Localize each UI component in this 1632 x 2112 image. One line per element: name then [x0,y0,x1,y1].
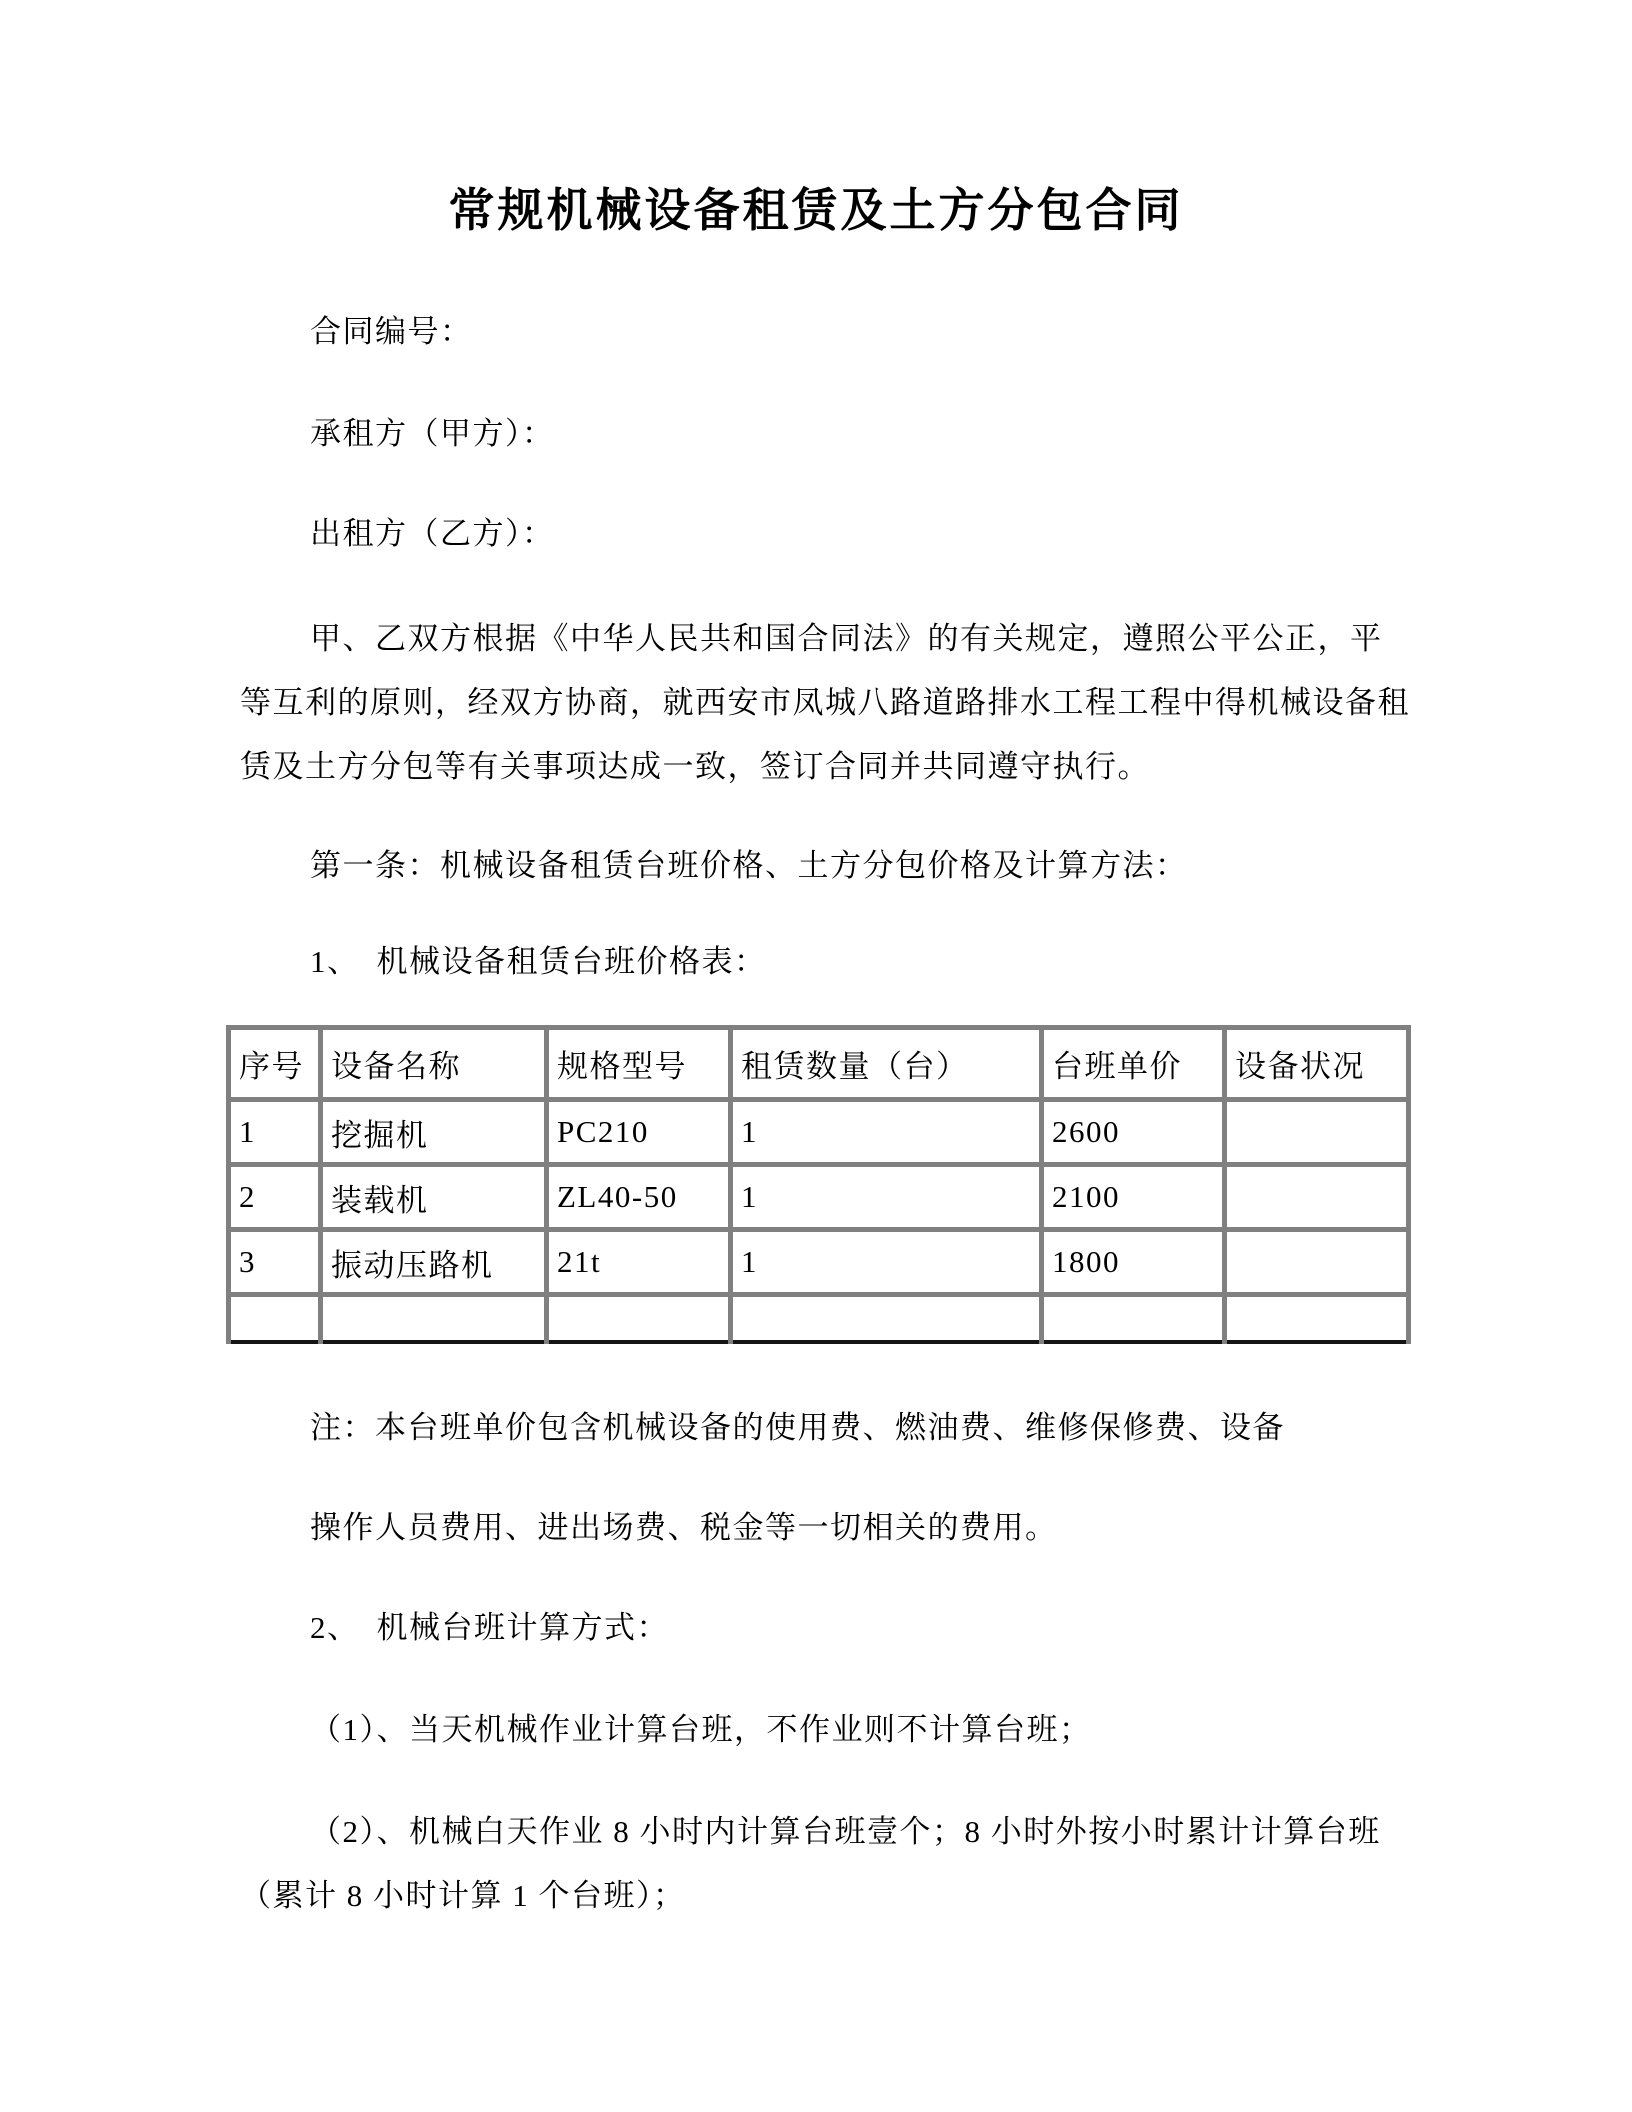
cell-condition [1225,1230,1409,1295]
cell-index: 1 [229,1100,321,1165]
cell-unit-price: 2100 [1042,1165,1225,1230]
intro-paragraph: 甲、乙双方根据《中华人民共和国合同法》的有关规定，遵照公平公正，平 等互利的原则… [240,607,1400,799]
cell-condition [1225,1165,1409,1230]
equipment-row-excavator: 1 挖掘机 PC210 1 2600 [229,1100,1409,1165]
clause-2-item-2-line: （累计 8 小时计算 1 个台班）； [240,1864,1400,1928]
cell-index [229,1295,321,1342]
cell-model [547,1295,731,1342]
clause-2-item-2-line: （2）、机械白天作业 8 小时内计算台班壹个；8 小时外按小时累计计算台班 [240,1800,1400,1864]
header-cell-unit-price: 台班单价 [1042,1028,1225,1100]
document-page: 常规机械设备租赁及土方分包合同 合同编号： 承租方（甲方）： 出租方（乙方）： … [0,0,1632,2112]
cell-model: PC210 [547,1100,731,1165]
intro-line: 等互利的原则，经双方协商，就西安市凤城八路道路排水工程工程中得机械设备租 [240,671,1400,735]
clause-2-item-2: （2）、机械白天作业 8 小时内计算台班壹个；8 小时外按小时累计计算台班 （累… [240,1800,1400,1928]
clause-2-item-1: （1）、当天机械作业计算台班，不作业则不计算台班； [310,1706,1092,1754]
header-cell-model: 规格型号 [547,1028,731,1100]
equipment-row-empty [229,1295,1409,1342]
cell-equipment-name: 振动压路机 [321,1230,547,1295]
table-note-line-1: 注：本台班单价包含机械设备的使用费、燃油费、维修保修费、设备 [310,1404,1285,1452]
equipment-price-table: 序号 设备名称 规格型号 租赁数量（台） 台班单价 设备状况 1 挖掘机 PC2… [226,1025,1411,1344]
intro-line: 甲、乙双方根据《中华人民共和国合同法》的有关规定，遵照公平公正，平 [240,607,1400,671]
cell-index: 3 [229,1230,321,1295]
contract-number-label: 合同编号： [310,308,473,356]
cell-unit-price: 1800 [1042,1230,1225,1295]
table-note-line-2: 操作人员费用、进出场费、税金等一切相关的费用。 [310,1504,1058,1552]
cell-equipment-name: 挖掘机 [321,1100,547,1165]
party-b-label: 出租方（乙方）： [310,510,555,558]
cell-equipment-name: 装载机 [321,1165,547,1230]
header-cell-quantity: 租赁数量（台） [731,1028,1042,1100]
clause-1-heading: 1、 机械设备租赁台班价格表： [310,938,767,986]
clause-2-heading: 2、 机械台班计算方式： [310,1604,669,1652]
cell-index: 2 [229,1165,321,1230]
price-table-header-row: 序号 设备名称 规格型号 租赁数量（台） 台班单价 设备状况 [229,1028,1409,1100]
cell-model: ZL40-50 [547,1165,731,1230]
cell-quantity [731,1295,1042,1342]
cell-equipment-name [321,1295,547,1342]
document-title: 常规机械设备租赁及土方分包合同 [0,180,1632,242]
header-cell-index: 序号 [229,1028,321,1100]
article-1-heading: 第一条：机械设备租赁台班价格、土方分包价格及计算方法： [310,842,1188,890]
header-cell-equipment-name: 设备名称 [321,1028,547,1100]
cell-unit-price [1042,1295,1225,1342]
cell-model: 21t [547,1230,731,1295]
cell-quantity: 1 [731,1100,1042,1165]
party-a-label: 承租方（甲方）： [310,410,555,458]
equipment-row-loader: 2 装载机 ZL40-50 1 2100 [229,1165,1409,1230]
cell-unit-price: 2600 [1042,1100,1225,1165]
cell-quantity: 1 [731,1165,1042,1230]
cell-quantity: 1 [731,1230,1042,1295]
intro-line: 赁及土方分包等有关事项达成一致，签订合同并共同遵守执行。 [240,735,1400,799]
header-cell-condition: 设备状况 [1225,1028,1409,1100]
cell-condition [1225,1295,1409,1342]
equipment-row-roller: 3 振动压路机 21t 1 1800 [229,1230,1409,1295]
cell-condition [1225,1100,1409,1165]
